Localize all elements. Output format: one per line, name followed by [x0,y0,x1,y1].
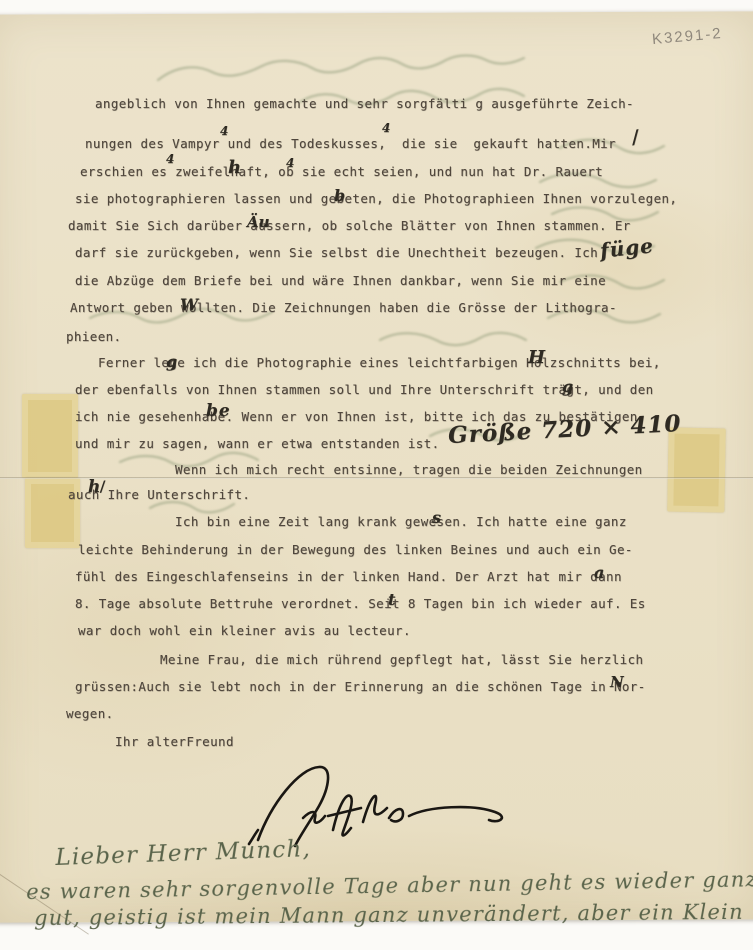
handwritten-correction: 4 [220,124,228,138]
typed-line: und mir zu sagen, wann er etwa entstande… [75,436,440,451]
scanned-letter: K3291-2 angeblich von Ihnen gemachte und… [0,0,753,950]
handwritten-correction: Äu [247,213,270,231]
typed-line: angeblich von Ihnen gemachte und sehr so… [95,96,634,111]
typed-line: leichte Behinderung in der Bewegung des … [78,542,633,557]
handwritten-correction: H [528,347,545,368]
tape-patch-right [667,428,725,513]
handwritten-correction: 4 [286,156,294,170]
typed-line: erschien es zweifelhaft, ob sie echt sei… [80,164,603,179]
fold-crease [0,477,753,479]
typed-line: grüssen:Auch sie lebt noch in der Erinne… [75,679,646,694]
typed-line: die Abzüge dem Briefe bei und wäre Ihnen… [75,273,606,288]
typed-line: darf sie zurückgeben, wenn Sie selbst di… [75,245,598,260]
typed-line: Wenn ich mich recht entsinne, tragen die… [175,462,643,477]
handwritten-correction: h [228,157,241,178]
typed-line: war doch wohl ein kleiner avis au lecteu… [78,623,411,638]
typed-line: Ihr alterFreund [115,734,234,749]
typed-line: Antwort geben wollten. Die Zeichnungen h… [70,300,617,315]
handwritten-correction: g [562,377,573,396]
typed-line: wegen. [66,706,114,721]
typed-line: Ich bin eine Zeit lang krank gewesen. Ic… [175,514,627,529]
handwritten-correction: N [610,673,624,691]
typed-line: Meine Frau, die mich rührend gepflegt ha… [160,652,643,667]
typed-line: sie photographieren lassen und gebeten, … [75,191,677,206]
handwritten-correction: 4 [382,121,390,135]
typed-line: phieen. [66,329,121,344]
typed-line: 8. Tage absolute Bettruhe verordnet. Sei… [75,596,646,611]
handwritten-correction: 4 [166,152,174,166]
tape-patch-left-top [22,394,78,478]
handwritten-correction: be [206,401,231,421]
typed-line: nungen des Vampyr und des Todeskusses, d… [85,136,616,151]
typed-line: fühl des Eingeschlafenseins in der linke… [75,569,622,584]
handwritten-correction: b [334,186,345,205]
letter-content: K3291-2 angeblich von Ihnen gemachte und… [0,0,753,950]
handwritten-correction: t [388,590,395,609]
typed-line: Ferner lege ich die Photographie eines l… [98,355,661,370]
typed-line: damit Sie Sich darüber äussern, ob solch… [68,218,631,233]
handwritten-correction: s [432,508,441,527]
handwritten-correction: g [166,352,177,371]
handwritten-correction: a [594,563,604,582]
handwritten-correction: W [180,295,198,314]
